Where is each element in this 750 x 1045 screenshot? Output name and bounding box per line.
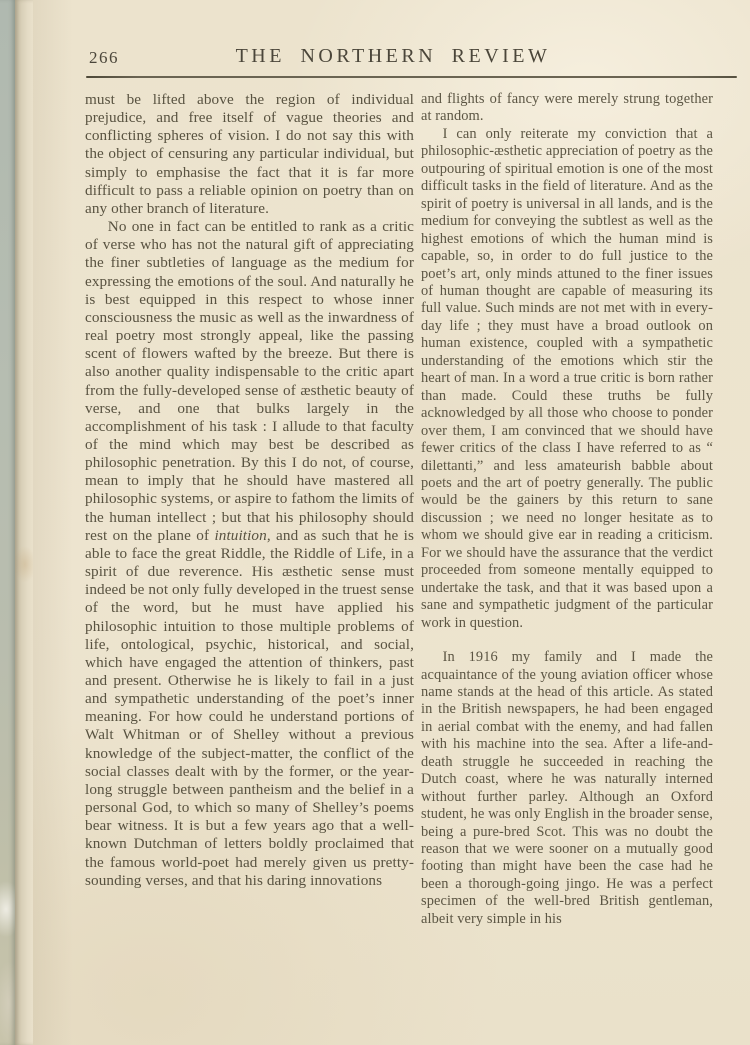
italic-word: intuition	[214, 527, 266, 544]
header-rule	[86, 76, 737, 78]
journal-title: THE NORTHERN REVIEW	[86, 45, 700, 68]
left-column: must be lifted above the region of indiv…	[85, 91, 414, 890]
scanned-page: 266 THE NORTHERN REVIEW must be lifted a…	[0, 0, 750, 1045]
text-segment: , and as such that he is able to face th…	[85, 527, 414, 889]
paragraph: In 1916 my family and I made the acquain…	[421, 649, 713, 928]
paragraph: No one in fact can be entitled to rank a…	[85, 218, 414, 890]
running-head: 266 THE NORTHERN REVIEW	[86, 45, 736, 71]
paragraph: and flights of fancy were merely strung …	[421, 91, 713, 126]
text-segment: and flights of fancy were merely strung …	[421, 91, 713, 124]
text-segment: No one in fact can be entitled to rank a…	[85, 218, 414, 544]
paragraph: I can only reiterate my conviction that …	[421, 126, 713, 632]
right-column: and flights of fancy were merely strung …	[421, 91, 713, 928]
book-binding-edge	[0, 0, 15, 1045]
page-curl-edge	[15, 0, 33, 1045]
paragraph: must be lifted above the region of indiv…	[85, 91, 414, 218]
page-shadow	[33, 0, 73, 1045]
text-segment: must be lifted above the region of indiv…	[85, 91, 414, 217]
text-segment: In 1916 my family and I made the acquain…	[421, 649, 713, 927]
text-segment: I can only reiterate my conviction that …	[421, 126, 713, 631]
